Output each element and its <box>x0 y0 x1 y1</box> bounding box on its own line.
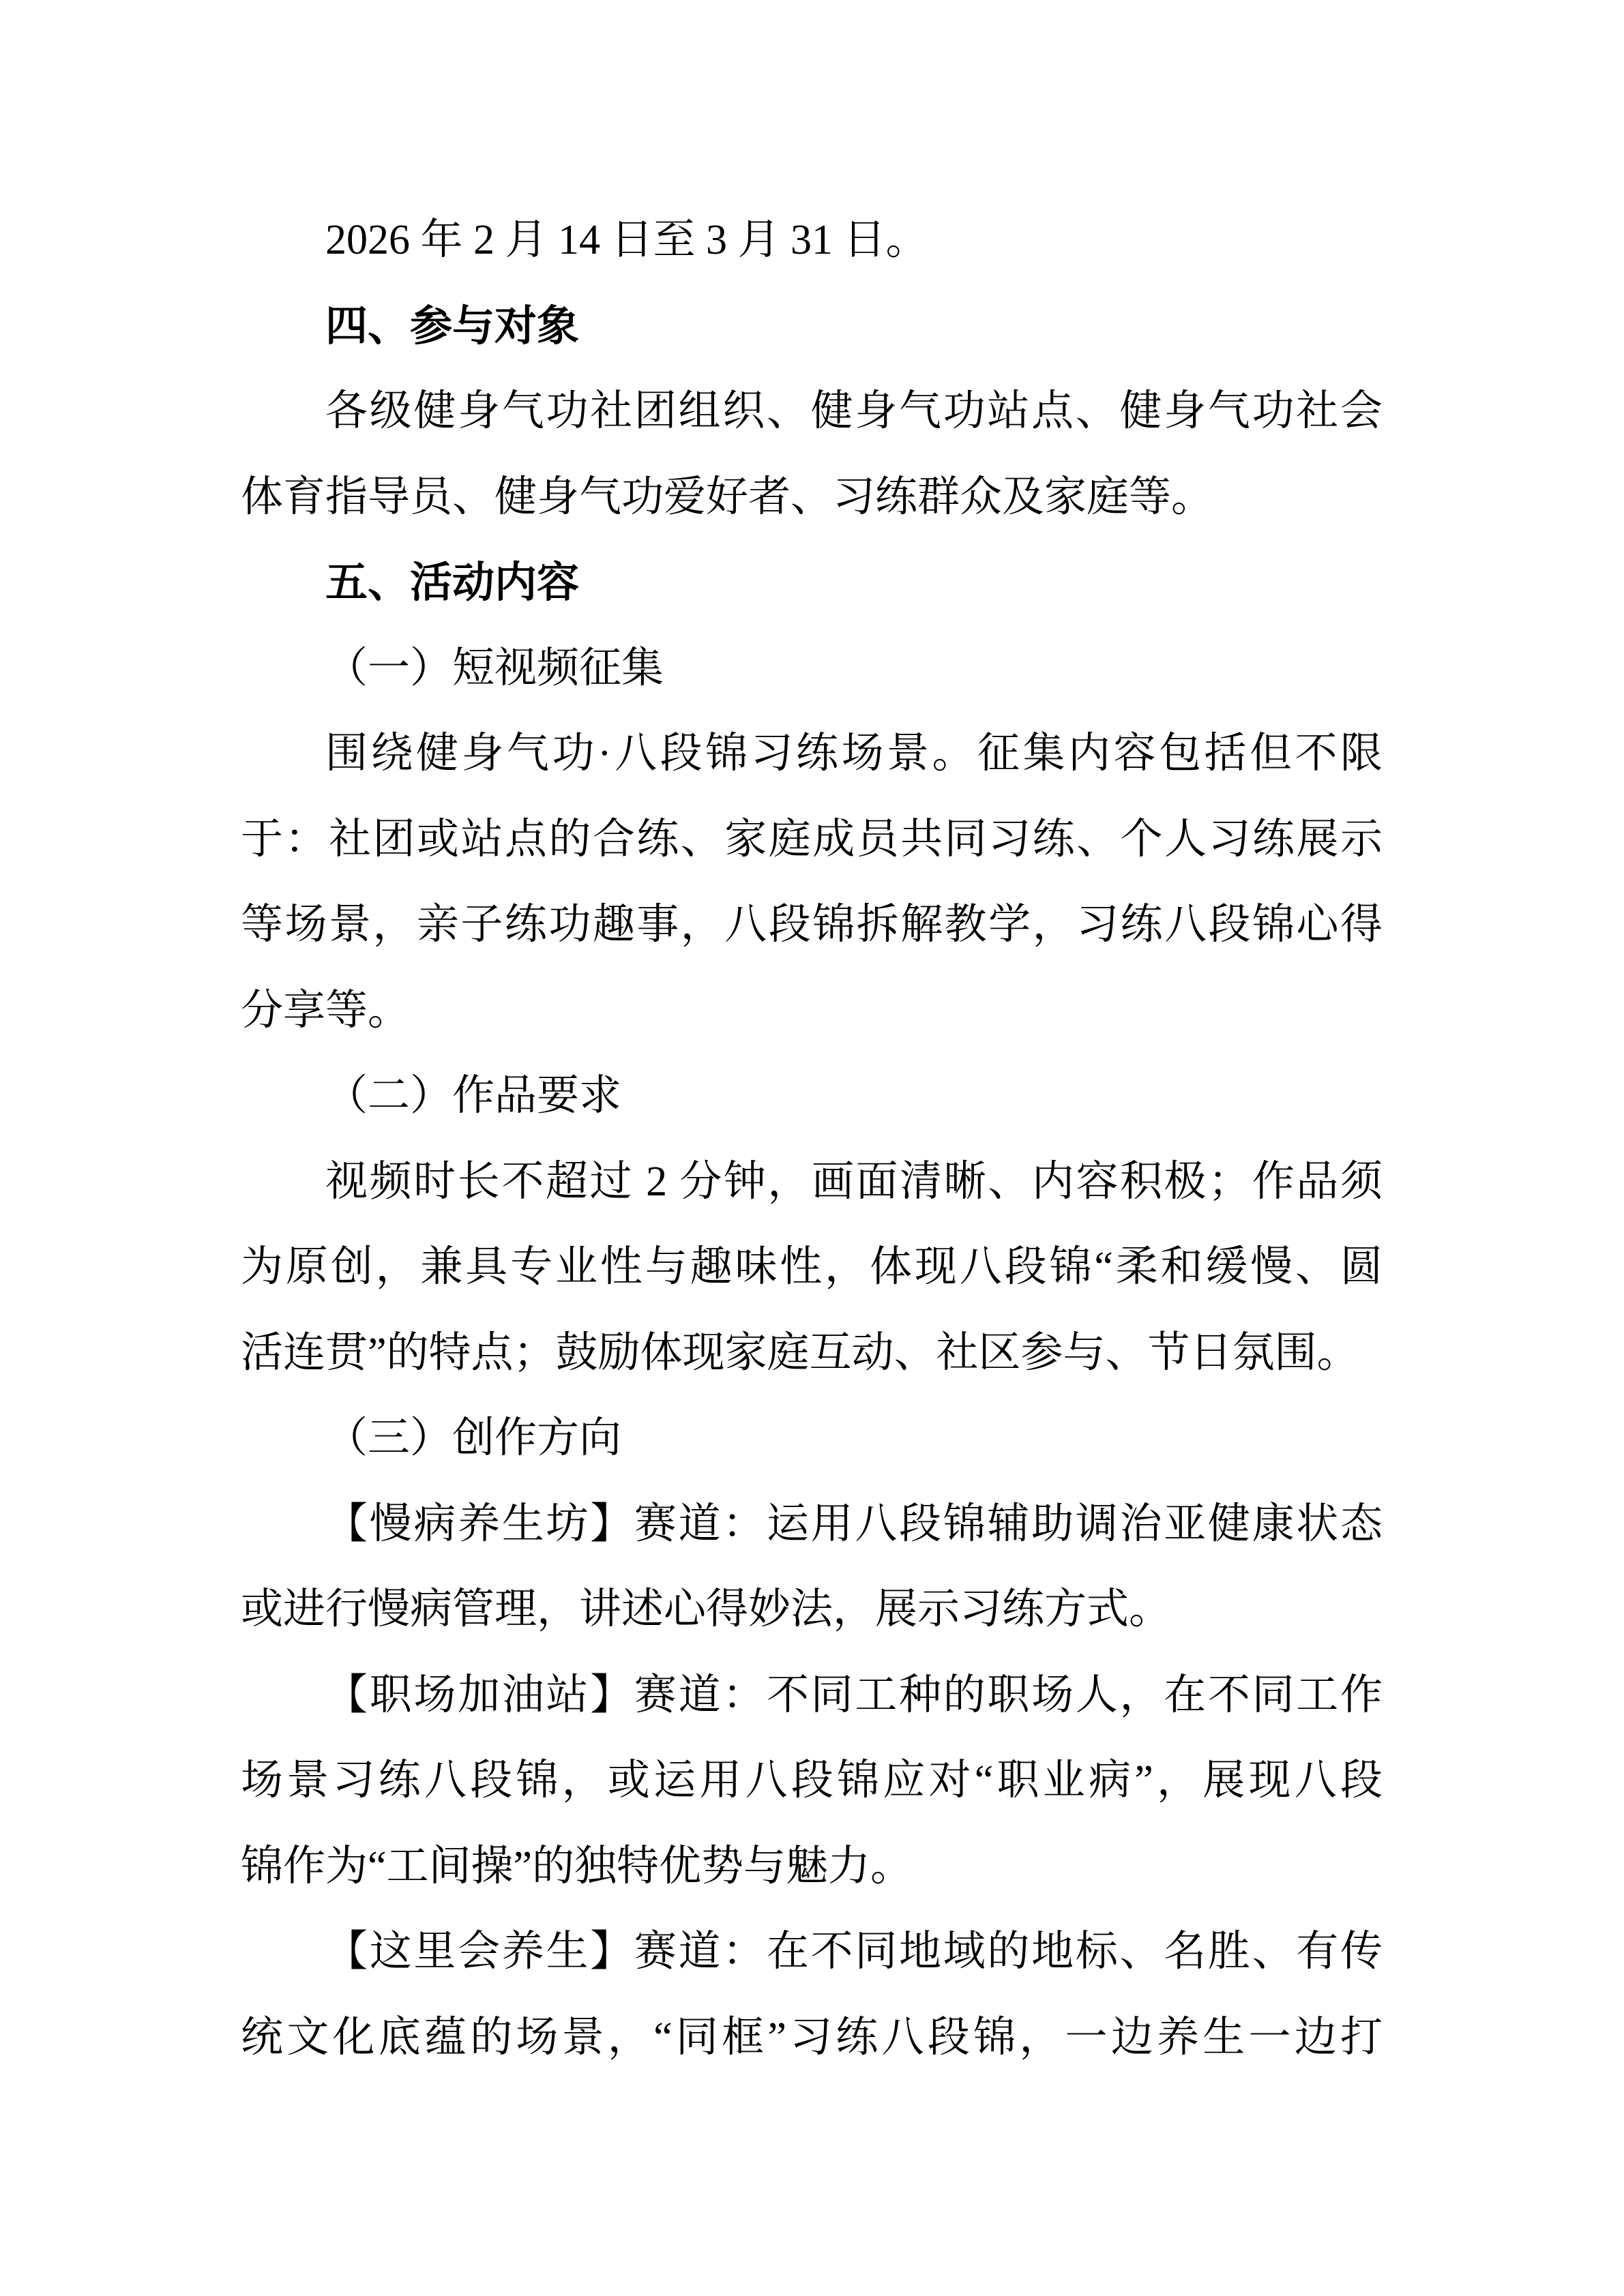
sub-heading: （三）创作方向 <box>241 1396 1383 1482</box>
paragraph: 视频时长不超过 2 分钟，画面清晰、内容积极；作品须 为原创，兼具专业性与趣味性… <box>241 1139 1383 1397</box>
text-line: 场景习练八段锦，或运用八段锦应对“职业病”，展现八段 <box>241 1738 1383 1824</box>
text-line: 等场景，亲子练功趣事，八段锦拆解教学，习练八段锦心得 <box>241 882 1383 968</box>
document-content: 2026 年 2 月 14 日至 3 月 31 日。 四、参与对象 各级健身气功… <box>241 198 1383 2081</box>
document-page: 2026 年 2 月 14 日至 3 月 31 日。 四、参与对象 各级健身气功… <box>0 0 1624 2296</box>
text-line: 各级健身气功社团组织、健身气功站点、健身气功社会 <box>241 369 1383 455</box>
paragraph: 各级健身气功社团组织、健身气功站点、健身气功社会 体育指导员、健身气功爱好者、习… <box>241 369 1383 540</box>
text-line: 活连贯”的特点；鼓励体现家庭互动、社区参与、节日氛围。 <box>241 1311 1383 1397</box>
text-line: 五、活动内容 <box>241 540 1383 626</box>
text-line: 于：社团或站点的合练、家庭成员共同习练、个人习练展示 <box>241 797 1383 883</box>
paragraph: 2026 年 2 月 14 日至 3 月 31 日。 <box>241 198 1383 284</box>
text-line: 锦作为“工间操”的独特优势与魅力。 <box>241 1824 1383 1910</box>
text-line: （一）短视频征集 <box>241 626 1383 712</box>
section-heading: 四、参与对象 <box>241 284 1383 370</box>
text-line: 统文化底蕴的场景，“同框”习练八段锦，一边养生一边打 <box>241 1995 1383 2081</box>
text-line: 四、参与对象 <box>241 284 1383 370</box>
text-line: 分享等。 <box>241 968 1383 1054</box>
text-line: （三）创作方向 <box>241 1396 1383 1482</box>
sub-heading: （一）短视频征集 <box>241 626 1383 712</box>
text-line: 2026 年 2 月 14 日至 3 月 31 日。 <box>241 198 1383 284</box>
paragraph: 围绕健身气功·八段锦习练场景。征集内容包括但不限 于：社团或站点的合练、家庭成员… <box>241 711 1383 1054</box>
paragraph: 【职场加油站】赛道：不同工种的职场人，在不同工作 场景习练八段锦，或运用八段锦应… <box>241 1653 1383 1910</box>
paragraph: 【这里会养生】赛道：在不同地域的地标、名胜、有传 统文化底蕴的场景，“同框”习练… <box>241 1909 1383 2081</box>
text-line: 为原创，兼具专业性与趣味性，体现八段锦“柔和缓慢、圆 <box>241 1225 1383 1311</box>
section-heading: 五、活动内容 <box>241 540 1383 626</box>
text-line: 【这里会养生】赛道：在不同地域的地标、名胜、有传 <box>241 1909 1383 1995</box>
paragraph: 【慢病养生坊】赛道：运用八段锦辅助调治亚健康状态 或进行慢病管理，讲述心得妙法，… <box>241 1482 1383 1653</box>
text-line: 体育指导员、健身气功爱好者、习练群众及家庭等。 <box>241 455 1383 541</box>
sub-heading: （二）作品要求 <box>241 1054 1383 1139</box>
text-line: 围绕健身气功·八段锦习练场景。征集内容包括但不限 <box>241 711 1383 797</box>
text-line: 视频时长不超过 2 分钟，画面清晰、内容积极；作品须 <box>241 1139 1383 1225</box>
text-line: （二）作品要求 <box>241 1054 1383 1139</box>
text-line: 或进行慢病管理，讲述心得妙法，展示习练方式。 <box>241 1567 1383 1653</box>
text-line: 【慢病养生坊】赛道：运用八段锦辅助调治亚健康状态 <box>241 1482 1383 1568</box>
text-line: 【职场加油站】赛道：不同工种的职场人，在不同工作 <box>241 1653 1383 1739</box>
